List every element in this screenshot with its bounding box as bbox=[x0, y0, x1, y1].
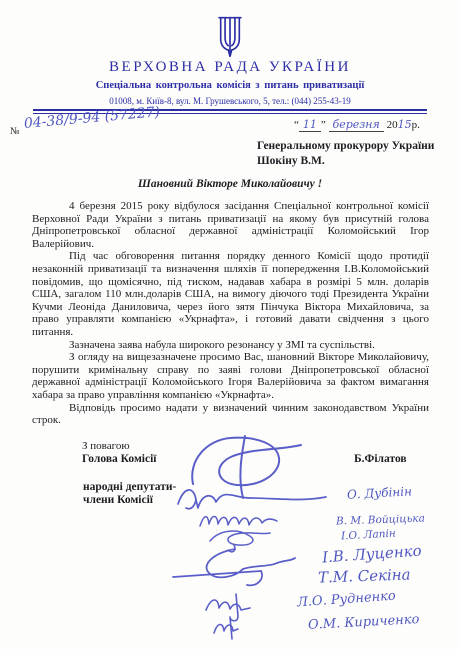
handwritten-name-2: В. М. Войціцька bbox=[336, 512, 425, 527]
signature-deputy-4 bbox=[165, 543, 300, 591]
date-quote-close: ” bbox=[321, 119, 326, 131]
handwritten-name-1: О. Дубінін bbox=[347, 484, 413, 501]
letter-body: 4 березня 2015 року відбулося засідання … bbox=[32, 200, 429, 427]
date-line: “11” березня 2015р. bbox=[294, 118, 420, 131]
deputies-title-line2: члени Комісії bbox=[83, 494, 153, 506]
salutation: Шановний Вікторе Миколайовичу ! bbox=[0, 178, 460, 190]
handwritten-name-6: Л.О. Рудненко bbox=[297, 589, 397, 611]
signature-deputy-6 bbox=[208, 615, 248, 643]
chair-name: Б.Філатов bbox=[354, 453, 407, 465]
date-year-suffix: р. bbox=[412, 119, 420, 131]
regards-line: З повагою bbox=[82, 440, 130, 452]
paragraph-5: Відповідь просимо надати у визначений чи… bbox=[32, 402, 429, 427]
handwritten-name-7: О.М. Кириченко bbox=[308, 612, 420, 633]
handwritten-name-4: І.В. Луценко bbox=[321, 542, 422, 567]
date-year-prefix: 20 bbox=[387, 119, 398, 131]
org-name: ВЕРХОВНА РАДА УКРАЇНИ bbox=[0, 59, 460, 76]
scanned-letter-page: ВЕРХОВНА РАДА УКРАЇНИ Спеціальна контрол… bbox=[0, 0, 460, 649]
ukraine-trident-emblem bbox=[212, 15, 248, 61]
paragraph-1: 4 березня 2015 року відбулося засідання … bbox=[32, 200, 429, 250]
signature-deputy-1 bbox=[172, 482, 332, 512]
recipient-block: Генеральному прокурору України Шокіну В.… bbox=[257, 139, 434, 169]
address-line: 01008, м. Київ-8, вул. М. Грушевського, … bbox=[0, 96, 460, 106]
ref-number-label: № bbox=[10, 126, 20, 137]
paragraph-4: З огляду на вищезазначене просимо Вас, ш… bbox=[32, 351, 429, 401]
recipient-line-2: Шокіну В.М. bbox=[257, 154, 434, 169]
date-month-handwritten: березня bbox=[329, 118, 384, 132]
commission-name: Спеціальна контрольна комісія з питань п… bbox=[0, 80, 460, 91]
date-year-handwritten: 15 bbox=[398, 118, 412, 131]
handwritten-name-3: І.О. Лапін bbox=[341, 528, 396, 543]
date-day-handwritten: 11 bbox=[299, 118, 321, 132]
deputies-title-line1: народні депутати- bbox=[83, 481, 176, 493]
chair-title: Голова Комісії bbox=[82, 453, 156, 465]
recipient-line-1: Генеральному прокурору України bbox=[257, 139, 434, 154]
paragraph-3: Зазначена заява набула широкого резонанс… bbox=[32, 339, 429, 352]
handwritten-name-5: Т.М. Секіна bbox=[318, 565, 411, 586]
paragraph-2: Під час обговорення питання порядку денн… bbox=[32, 250, 429, 338]
